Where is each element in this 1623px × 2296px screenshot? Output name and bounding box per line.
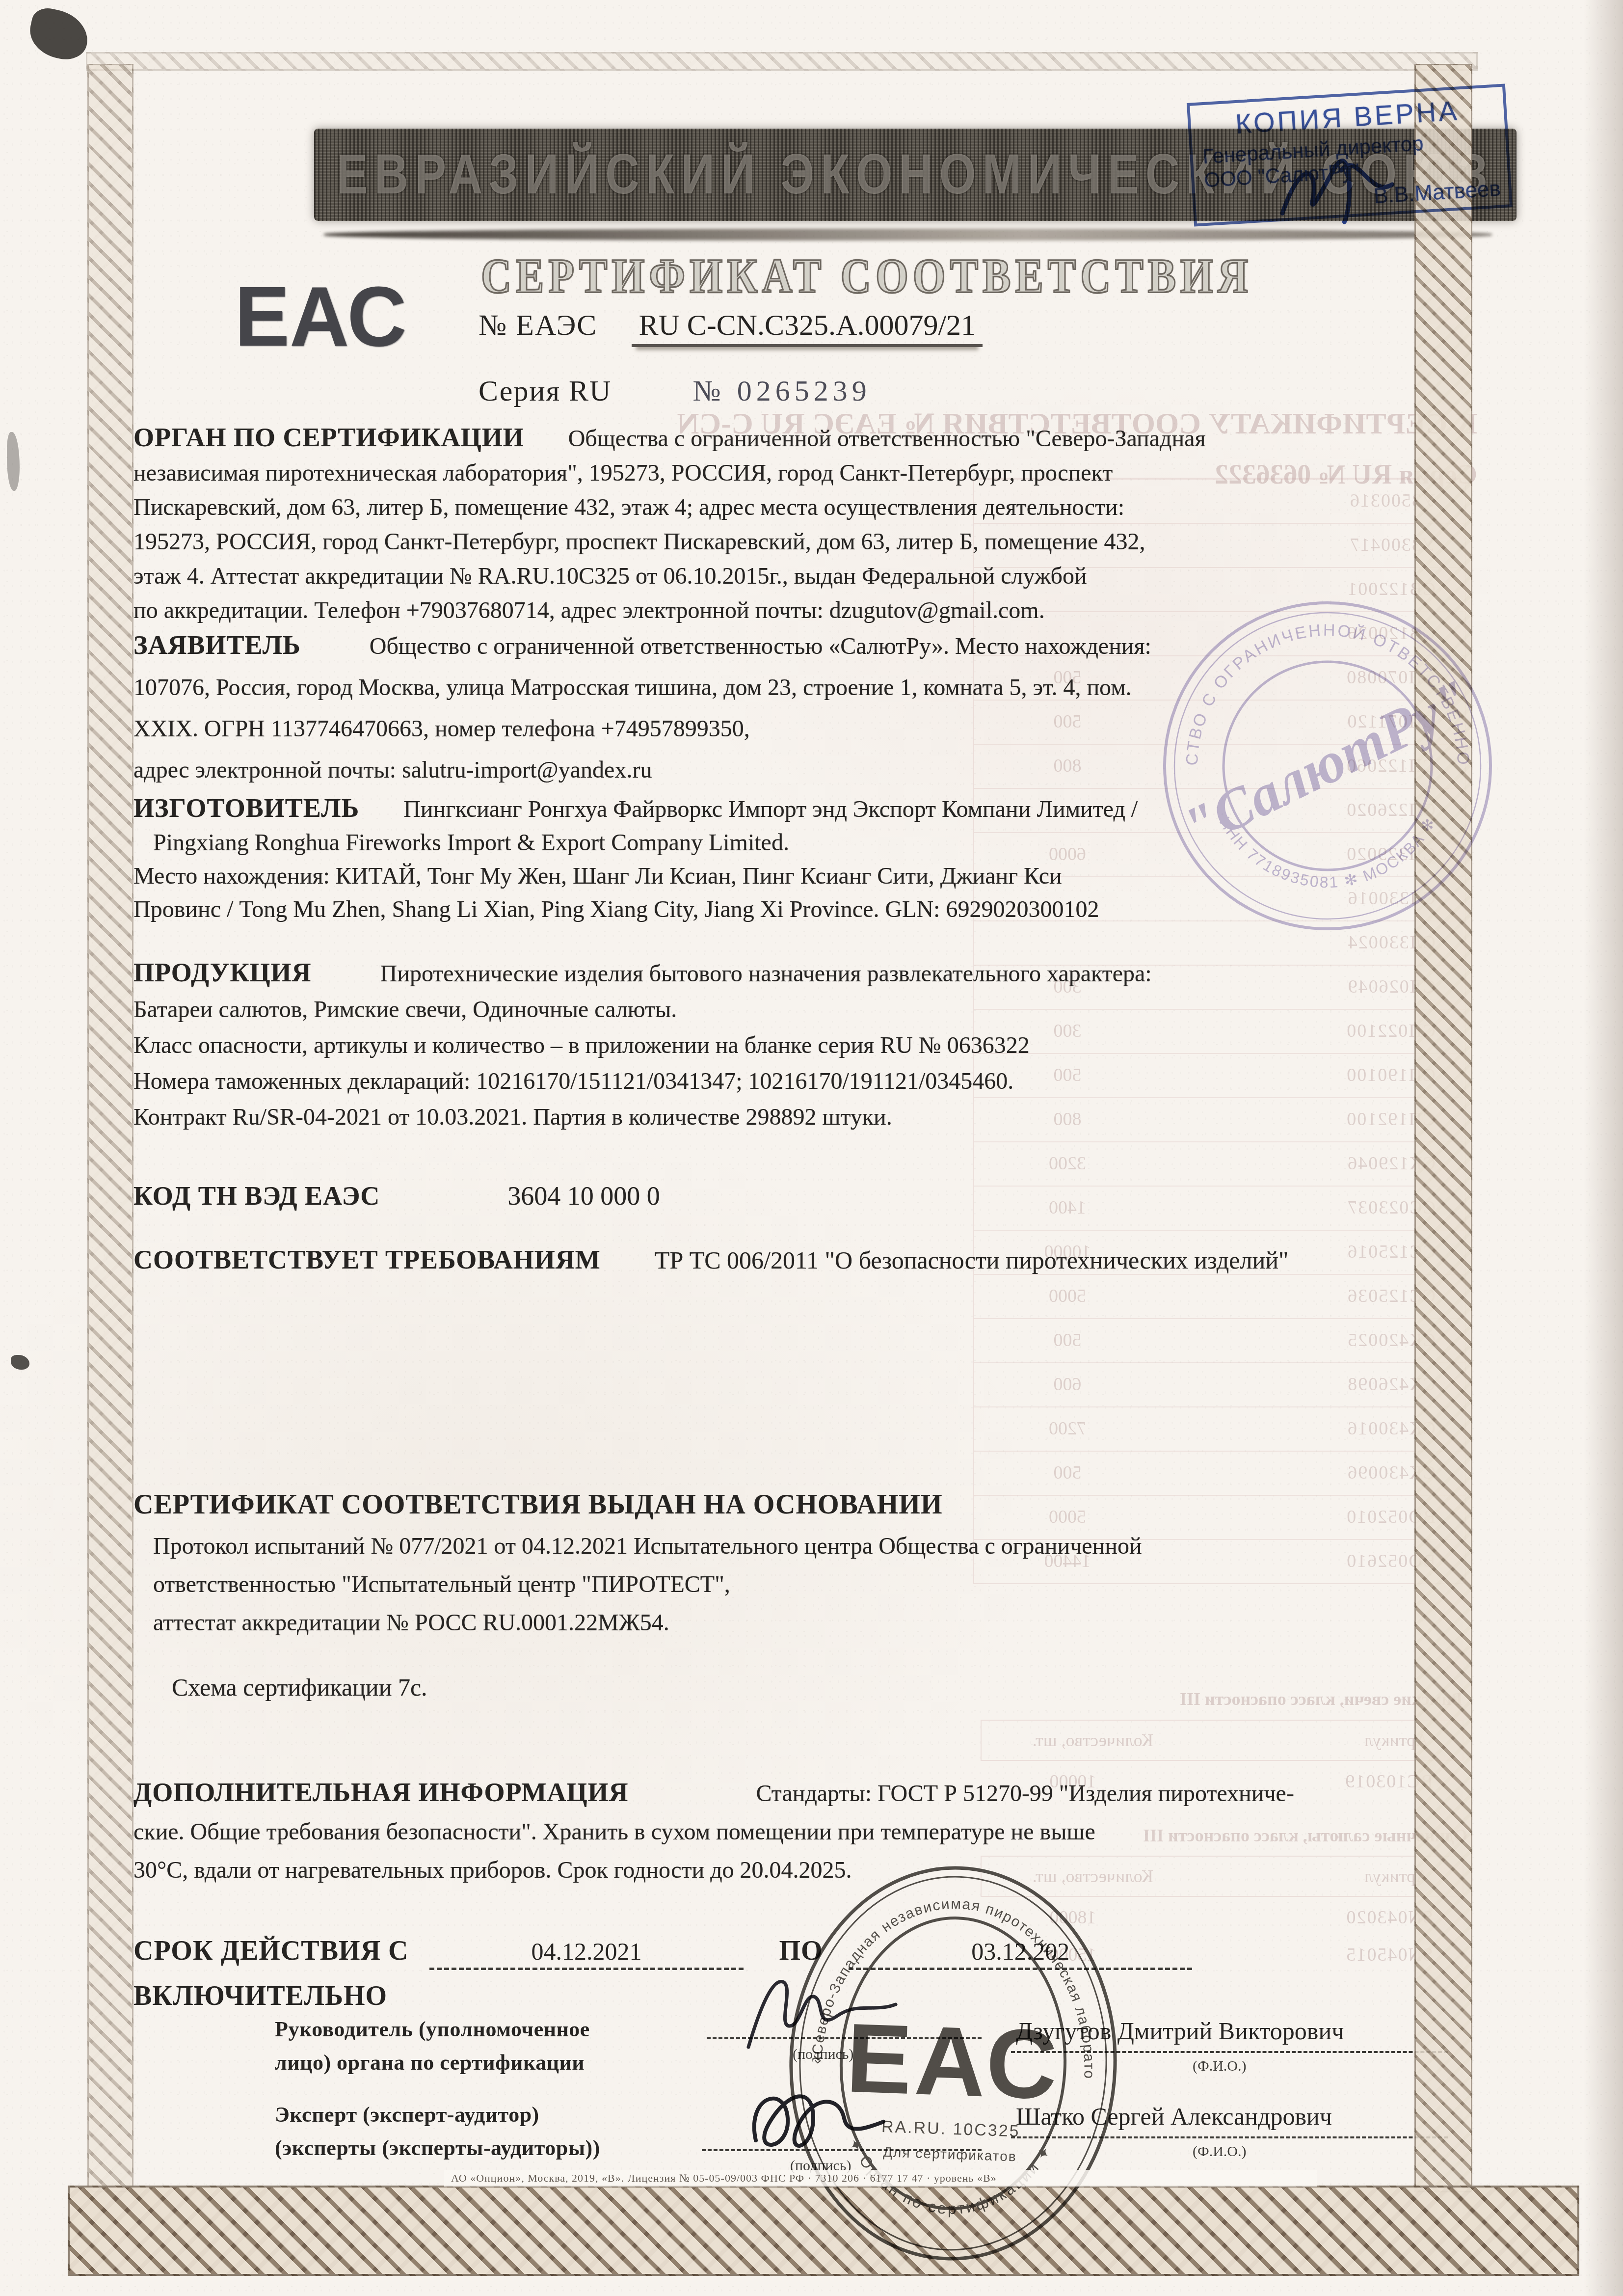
ghost-quantity: 5000 bbox=[974, 1285, 1161, 1307]
expert-role-line1: Эксперт (эксперт-аудитор) bbox=[275, 2102, 539, 2127]
eac-mark-logo: ЕАС bbox=[235, 268, 407, 365]
section-label: ДОПОЛНИТЕЛЬНАЯ ИНФОРМАЦИЯ bbox=[133, 1778, 628, 1807]
scan-edge-shadow bbox=[1584, 0, 1623, 2296]
ghost-quantity: 500 bbox=[974, 1462, 1161, 1484]
section-text: 195273, РОССИЯ, город Санкт-Петербург, п… bbox=[133, 525, 1468, 559]
ghost-table-row: СК430016 7200 bbox=[974, 1406, 1465, 1451]
section-text: Общество с ограниченной ответственностью… bbox=[370, 633, 1151, 659]
document-title: СЕРТИФИКАТ СООТВЕТСТВИЯ bbox=[481, 248, 1168, 304]
section-text: ские. Общие требования безопасности". Хр… bbox=[133, 1813, 1468, 1851]
number-label: № ЕАЭС bbox=[479, 309, 597, 341]
section-label: СООТВЕТСТВУЕТ ТРЕБОВАНИЯМ bbox=[133, 1245, 601, 1274]
certificate-number-row: № ЕАЭС RU C-CN.C325.A.00079/21 bbox=[479, 308, 983, 342]
expert-role-line2: (эксперты (эксперты-аудиторы)) bbox=[275, 2135, 600, 2161]
scanned-certificate-page: { "page_title": "Сертификат соответствия… bbox=[0, 0, 1623, 2296]
section-text: аттестат аккредитации № РОСС RU.0001.22М… bbox=[153, 1604, 1468, 1642]
inclusive-label: ВКЛЮЧИТЕЛЬНО bbox=[133, 1980, 387, 2012]
border-frame-top bbox=[86, 52, 1478, 71]
section-label: СЕРТИФИКАТ СООТВЕТСТВИЯ ВЫДАН НА ОСНОВАН… bbox=[133, 1489, 942, 1520]
org-seal-center: ЕАС bbox=[845, 2003, 1062, 2120]
series-row: Серия RU № 0265239 bbox=[479, 374, 871, 408]
section-text: Пискаревский, дом 63, литер Б, помещение… bbox=[133, 490, 1468, 525]
copy-stamp-ink-signature bbox=[1266, 136, 1418, 229]
head-role-line2: лицо) органа по сертификации bbox=[275, 2050, 585, 2075]
section-text: ответственностью "Испытательный центр "П… bbox=[153, 1566, 1468, 1604]
ghost-quantity: 500 bbox=[974, 1329, 1161, 1351]
copy-verna-stamp: КОПИЯ ВЕРНА Генеральный директор ООО "Са… bbox=[1187, 83, 1513, 226]
head-role-line1: Руководитель (уполномоченное bbox=[275, 2017, 590, 2042]
org-seal-purpose: Для сертификатов bbox=[883, 2144, 1017, 2164]
section-text: Батареи салютов, Римские свечи, Одиночны… bbox=[133, 992, 1468, 1027]
org-seal-number: RA.RU. 10С325 bbox=[881, 2117, 1020, 2141]
section-text: Номера таможенных деклараций: 10216170/1… bbox=[133, 1063, 1468, 1099]
ghost-col-qty: Количество, шт. bbox=[1033, 1730, 1153, 1751]
ghost-quantity: 600 bbox=[974, 1374, 1161, 1395]
section-label: ОРГАН ПО СЕРТИФИКАЦИИ bbox=[133, 423, 524, 452]
validity-label: СРОК ДЕЙСТВИЯ С bbox=[133, 1936, 409, 1966]
border-frame-left bbox=[87, 64, 133, 2192]
ghost-table-row: СК426098 600 bbox=[974, 1362, 1465, 1406]
ghost-quantity: 3200 bbox=[974, 1153, 1161, 1174]
fio-caption: (Ф.И.О.) bbox=[1193, 2058, 1247, 2075]
series-number: № 0265239 bbox=[692, 375, 871, 407]
ghost-table-row: СК420025 500 bbox=[974, 1318, 1465, 1362]
certification-body-seal: ООО «Северо-Западная независимая пиротех… bbox=[774, 1854, 1132, 2273]
section-text: этаж 4. Аттестат аккредитации № RA.RU.10… bbox=[133, 559, 1468, 594]
regulation-value: ТР ТС 006/2011 "О безопасности пиротехни… bbox=[655, 1246, 1288, 1274]
section-label: ИЗГОТОВИТЕЛЬ bbox=[133, 793, 359, 823]
border-frame-right bbox=[1414, 64, 1472, 2192]
certificate-number: RU C-CN.C325.A.00079/21 bbox=[632, 309, 983, 347]
section-text: Пиротехнические изделия бытового назначе… bbox=[380, 961, 1152, 987]
section-text: Общества с ограниченной ответственностью… bbox=[568, 426, 1206, 452]
section-tnved-code: КОД ТН ВЭД ЕАЭС3604 10 000 0 bbox=[133, 1181, 1468, 1211]
ghost-table-row: СС125036 5000 bbox=[974, 1274, 1465, 1318]
section-issued-basis: СЕРТИФИКАТ СООТВЕТСТВИЯ ВЫДАН НА ОСНОВАН… bbox=[133, 1484, 1468, 1642]
date-from: 04.12.2021 bbox=[429, 1937, 744, 1970]
section-text: Стандарты: ГОСТ Р 51270-99 "Изделия пиро… bbox=[756, 1781, 1294, 1807]
ghost-table-header: АртикулКоличество, шт. bbox=[982, 1721, 1463, 1760]
certification-scheme: Схема сертификации 7с. bbox=[172, 1673, 1507, 1702]
tnved-code-value: 3604 10 000 0 bbox=[507, 1181, 660, 1211]
section-text: Контракт Ru/SR-04-2021 от 10.03.2021. Па… bbox=[133, 1099, 1468, 1135]
section-text: Пингксианг Ронгхуа Файрворкс Импорт энд … bbox=[403, 796, 1138, 822]
series-label: Серия RU bbox=[479, 375, 612, 407]
section-label: КОД ТН ВЭД ЕАЭС bbox=[133, 1181, 380, 1211]
ghost-quantity: 7200 bbox=[974, 1418, 1161, 1439]
section-text: независимая пиротехническая лаборатория"… bbox=[133, 456, 1468, 490]
section-complies-with: СООТВЕТСТВУЕТ ТРЕБОВАНИЯМТР ТС 006/2011 … bbox=[133, 1244, 1468, 1275]
ghost-table-row: СК129046 3200 bbox=[974, 1141, 1465, 1186]
applicant-round-seal: ОБЩЕСТВО С ОГРАНИЧЕННОЙ ОТВЕТСТВЕННОСТЬЮ… bbox=[1151, 589, 1504, 943]
section-label: ПРОДУКЦИЯ bbox=[133, 958, 312, 987]
section-label: ЗАЯВИТЕЛЬ bbox=[133, 630, 301, 660]
section-text: Протокол испытаний № 077/2021 от 04.12.2… bbox=[153, 1527, 1468, 1566]
scheme-text: Схема сертификации 7с. bbox=[172, 1673, 1507, 1702]
section-text: Класс опасности, артикулы и количество –… bbox=[133, 1027, 1468, 1063]
section-products: ПРОДУКЦИЯПиротехнические изделия бытовог… bbox=[133, 955, 1468, 1135]
blank-manufacturer-fine-print: АО «Опцион», Москва, 2019, «В». Лицензия… bbox=[444, 2170, 1317, 2187]
header-smear-line bbox=[324, 229, 1492, 241]
fio-caption: (Ф.И.О.) bbox=[1193, 2143, 1247, 2160]
